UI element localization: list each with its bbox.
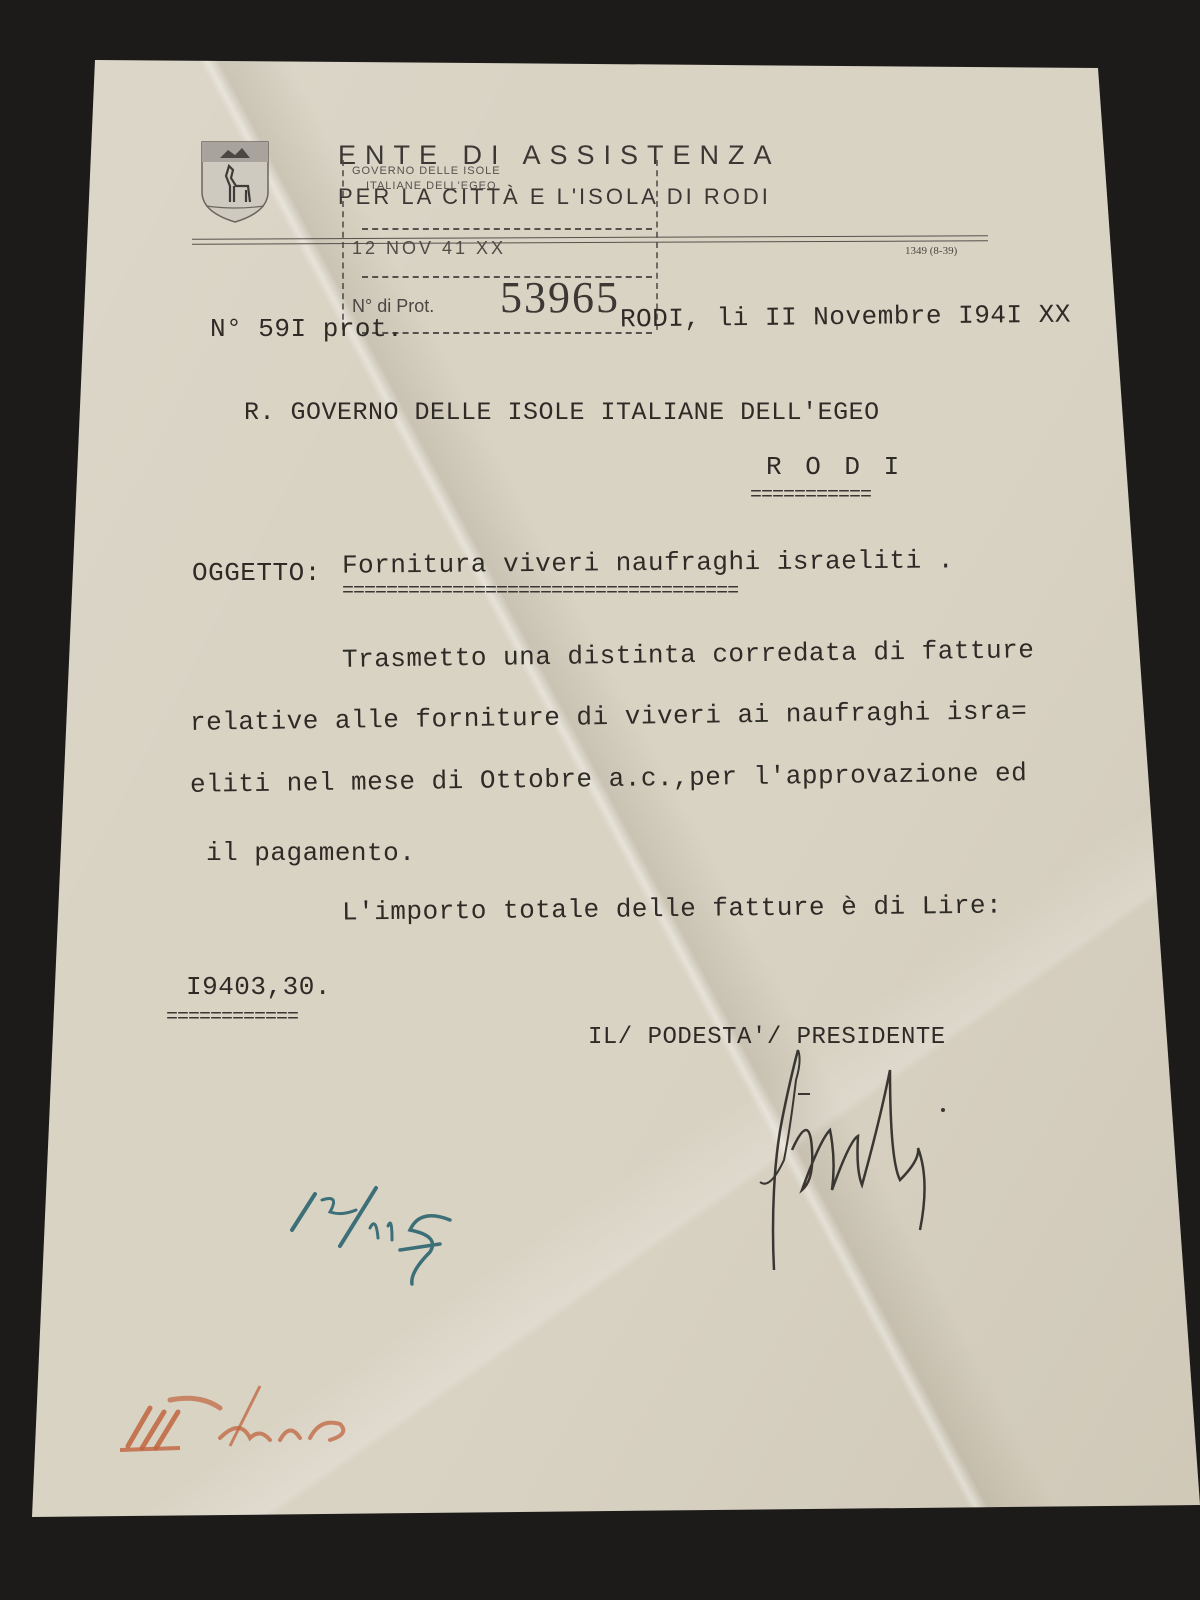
stamp-line-1: GOVERNO DELLE ISOLE: [352, 165, 501, 177]
body-line-4: il pagamento.: [206, 838, 415, 868]
reference-number: N° 59I prot.: [210, 314, 403, 344]
subject-text: Fornitura viveri naufraghi israeliti .: [342, 545, 954, 580]
addressee-underline: ===========: [750, 484, 871, 507]
stamp-date: 12 NOV 41 XX: [352, 238, 506, 259]
handwritten-signature: [740, 1040, 980, 1280]
stamp-rule: [362, 332, 652, 334]
stamp-protocol-number: 53965: [500, 272, 620, 323]
deer-crest-icon: [200, 140, 270, 224]
blue-pencil-date-note: [280, 1180, 460, 1290]
stamp-rule: [362, 228, 652, 230]
subject-label: OGGETTO:: [192, 558, 321, 588]
amount-underline: ============: [166, 1006, 298, 1029]
addressee-city: R O D I: [766, 452, 903, 482]
total-amount: I9403,30.: [186, 972, 331, 1002]
form-code: 1349 (8-39): [905, 245, 957, 257]
stamp-line-2: ITALIANE DELL'EGEO: [366, 180, 497, 192]
place-date: RODI, li II Novembre I94I XX: [620, 300, 1071, 335]
subject-underline: ====================================: [342, 580, 738, 603]
red-pencil-archive-note: [110, 1378, 360, 1458]
addressee-line-1: R. GOVERNO DELLE ISOLE ITALIANE DELL'EGE…: [244, 398, 880, 427]
